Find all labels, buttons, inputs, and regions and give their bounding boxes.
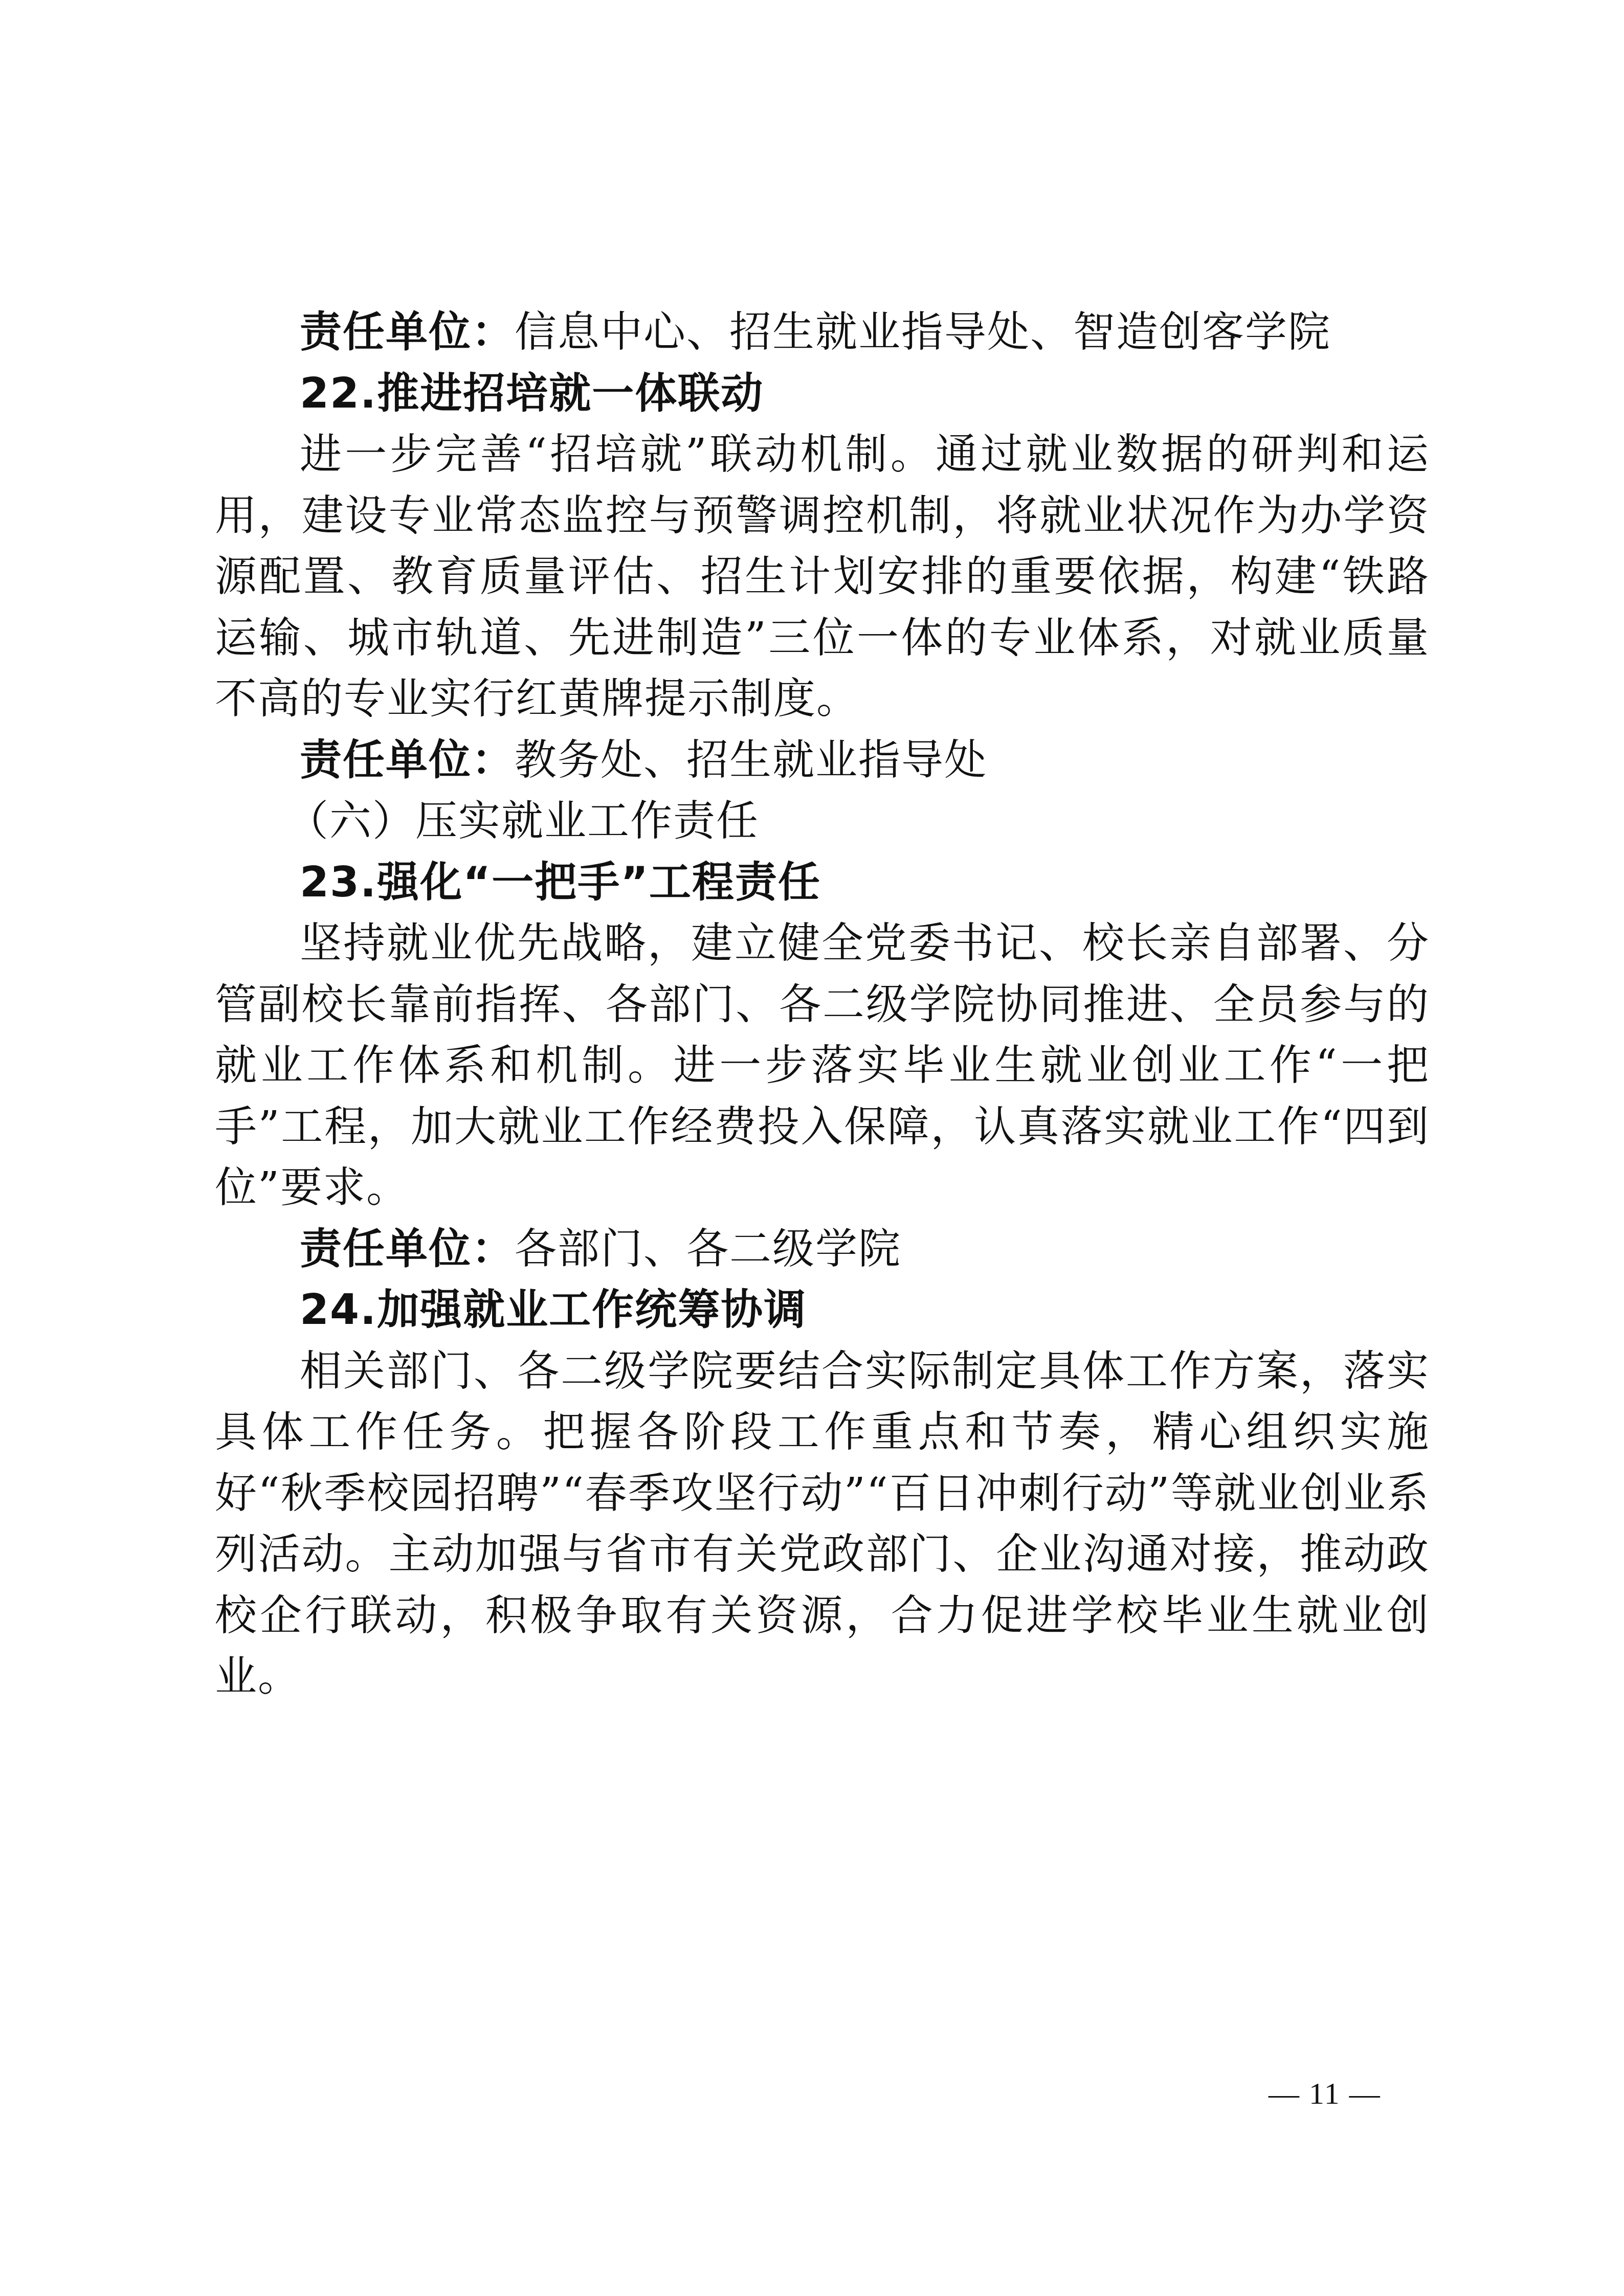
item-heading-24: 24.加强就业工作统筹协调 (215, 1279, 1430, 1341)
responsibility-value: 教务处、招生就业指导处 (515, 736, 987, 784)
responsibility-label: 责任单位： (300, 308, 515, 356)
responsibility-label: 责任单位： (300, 1225, 515, 1273)
responsibility-line: 责任单位：信息中心、招生就业指导处、智造创客学院 (215, 302, 1430, 363)
responsibility-value: 各部门、各二级学院 (515, 1225, 901, 1273)
item-heading-23: 23.强化“一把手”工程责任 (215, 852, 1430, 913)
paragraph-23: 坚持就业优先战略，建立健全党委书记、校长亲自部署、分管副校长靠前指挥、各部门、各… (215, 913, 1430, 1219)
document-body: 责任单位：信息中心、招生就业指导处、智造创客学院 22.推进招培就一体联动 进一… (215, 302, 1430, 1707)
paragraph-24: 相关部门、各二级学院要结合实际制定具体工作方案，落实具体工作任务。把握各阶段工作… (215, 1341, 1430, 1707)
responsibility-value: 信息中心、招生就业指导处、智造创客学院 (515, 308, 1331, 356)
item-heading-22: 22.推进招培就一体联动 (215, 363, 1430, 424)
section-heading-6: （六）压实就业工作责任 (215, 791, 1430, 852)
document-page: 责任单位：信息中心、招生就业指导处、智造创客学院 22.推进招培就一体联动 进一… (0, 0, 1624, 2296)
responsibility-line: 责任单位：教务处、招生就业指导处 (215, 730, 1430, 791)
page-number: — 11 — (1269, 2076, 1381, 2111)
responsibility-line: 责任单位：各部门、各二级学院 (215, 1219, 1430, 1280)
paragraph-22: 进一步完善“招培就”联动机制。通过就业数据的研判和运用，建设专业常态监控与预警调… (215, 424, 1430, 730)
responsibility-label: 责任单位： (300, 736, 515, 784)
